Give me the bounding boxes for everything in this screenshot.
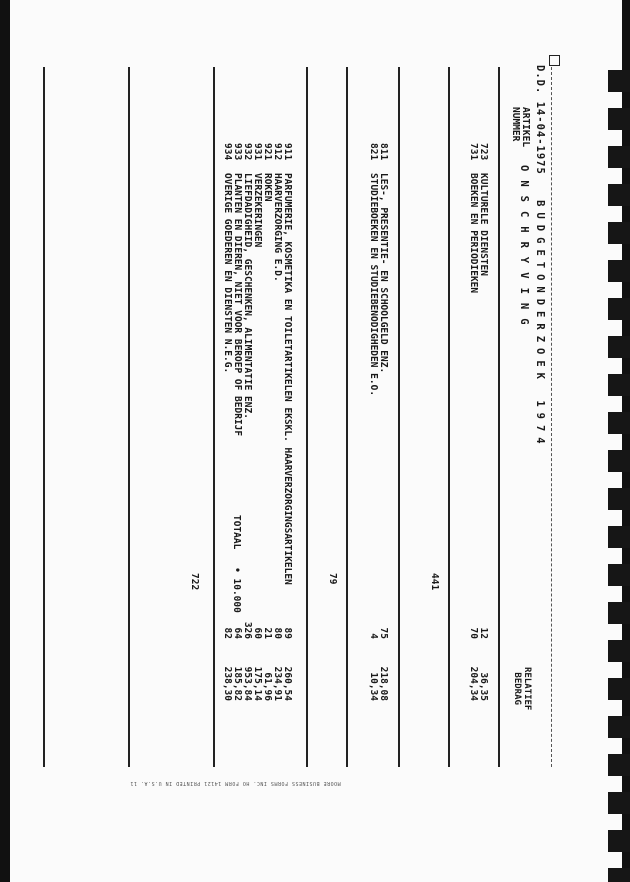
omschrijving-text: OVERIGE GOEDEREN EN DIENSTEN N.E.G. [222,173,232,373]
column-relatief-bedrag: RELATIEF BEDRAG [512,667,532,710]
section-subtotal: 722 [189,573,200,590]
binder-tab [608,640,630,662]
rule-line [43,67,45,767]
count-value: 80 [272,615,282,639]
omschrijving-text: ROKEN [262,173,272,202]
binder-tab [608,260,630,282]
rule-line [128,67,130,767]
binder-tab [608,222,630,244]
omschrijving-text: PARFUMERIE, KOSMETIKA EN TOILETARTIKELEN… [282,173,292,585]
column-artikel: ARTIKEL NUMMER [510,107,530,147]
binder-tab [608,754,630,776]
relatief-bedrag-value: 953,84 [242,661,252,701]
header-year: 1974 [534,400,546,449]
rule-line [398,67,400,767]
rotated-sheet: D.D. 14-04-1975 BUDGETONDERZOEK 1974 ART… [20,55,560,795]
binder-tab [608,488,630,510]
header-date: D.D. 14-04-1975 [534,65,546,175]
count-value: 326 [242,615,252,639]
binder-tab [608,412,630,434]
binder-tab [608,450,630,472]
relatief-bedrag-value: 234,91 [272,661,282,701]
total-value: • 10.000 [231,567,242,613]
binder-tab [608,374,630,396]
artikel-number: 933 [232,143,242,169]
relatief-bedrag-value: 218,08 [378,661,388,701]
column-relatief-line2: BEDRAG [512,667,522,710]
artikel-number: 934 [222,143,232,169]
artikel-number: 932 [242,143,252,169]
artikel-number: 811 [378,143,388,169]
relatief-bedrag-value: 185,82 [232,661,242,701]
relatief-bedrag-value: 36,35 [478,661,488,701]
printer-footer: MOORE BUSINESS FORMS INC. HO FORM 14121 … [130,780,341,786]
column-relatief-line1: RELATIEF [522,667,532,710]
relatief-bedrag-value: 260,54 [282,661,292,701]
binder-tab [608,602,630,624]
relatief-bedrag-value: 10,34 [368,661,378,701]
omschrijving-text: HAARVERZORGING E.D. [272,173,282,282]
binder-tab [608,108,630,130]
header-title: BUDGETONDERZOEK [534,200,546,385]
rule-line [498,67,500,767]
artikel-number: 821 [368,143,378,169]
section-subtotal: 79 [327,573,338,584]
relatief-bedrag-value: 61,96 [262,661,272,701]
binder-tab [608,184,630,206]
artikel-number: 931 [252,143,262,169]
binder-tab [608,716,630,738]
scan-edge [0,0,10,882]
artikel-number: 723 [478,143,488,169]
rule-line [213,67,215,767]
document-header: D.D. 14-04-1975 BUDGETONDERZOEK 1974 [534,65,546,450]
artikel-number: 921 [262,143,272,169]
omschrijving-text: LIEFDADIGHEID, GESCHENKEN, ALIMENTATIE E… [242,173,252,419]
rule-line [448,67,450,767]
binder-tab [608,146,630,168]
column-omschrijving: ONSCHRYVING [518,165,530,334]
binder-tab [608,830,630,852]
column-artikel-line1: ARTIKEL [520,107,530,147]
omschrijving-text: STUDIEBOEKEN EN STUDIEBENODIGHEDEN E.O. [368,173,378,396]
binder-tab [608,564,630,586]
artikel-number: 731 [468,143,478,169]
section-subtotal: 441 [429,573,440,590]
omschrijving-text: PLANTEN EN DIEREN, NIET VOOR BEROEP OF B… [232,173,242,436]
artikel-number: 912 [272,143,282,169]
column-artikel-line2: NUMMER [510,107,520,147]
corner-mark-icon [549,55,560,66]
count-value: 21 [262,615,272,639]
binder-tab [608,792,630,814]
total-label: TOTAAL [231,515,242,549]
omschrijving-text: VERZEKERINGEN [252,173,262,247]
binder-tab [608,678,630,700]
artikel-number: 911 [282,143,292,169]
count-value: 89 [282,615,292,639]
count-value: 60 [252,615,262,639]
header-rule [551,67,552,767]
count-value: 82 [222,615,232,639]
binder-tab [608,526,630,548]
omschrijving-text: BOEKEN EN PERIODIEKEN [468,173,478,293]
binder-tab [608,868,630,882]
relatief-bedrag-value: 175,14 [252,661,262,701]
binder-tab [608,336,630,358]
count-value: 4 [368,615,378,639]
relatief-bedrag-value: 238,30 [222,661,232,701]
count-value: 70 [468,615,478,639]
binder-tab [608,70,630,92]
relatief-bedrag-value: 204,34 [468,661,478,701]
rule-line [306,67,308,767]
binder-strip [622,0,630,882]
count-value: 75 [378,615,388,639]
rule-line [346,67,348,767]
binder-tab [608,298,630,320]
omschrijving-text: KULTURELE DIENSTEN [478,173,488,276]
total-row: TOTAAL • 10.000 [231,515,242,613]
omschrijving-text: LES-, PRESENTIE- EN SCHOOLGELD ENZ. [378,173,388,373]
count-value: 64 [232,615,242,639]
count-value: 12 [478,615,488,639]
